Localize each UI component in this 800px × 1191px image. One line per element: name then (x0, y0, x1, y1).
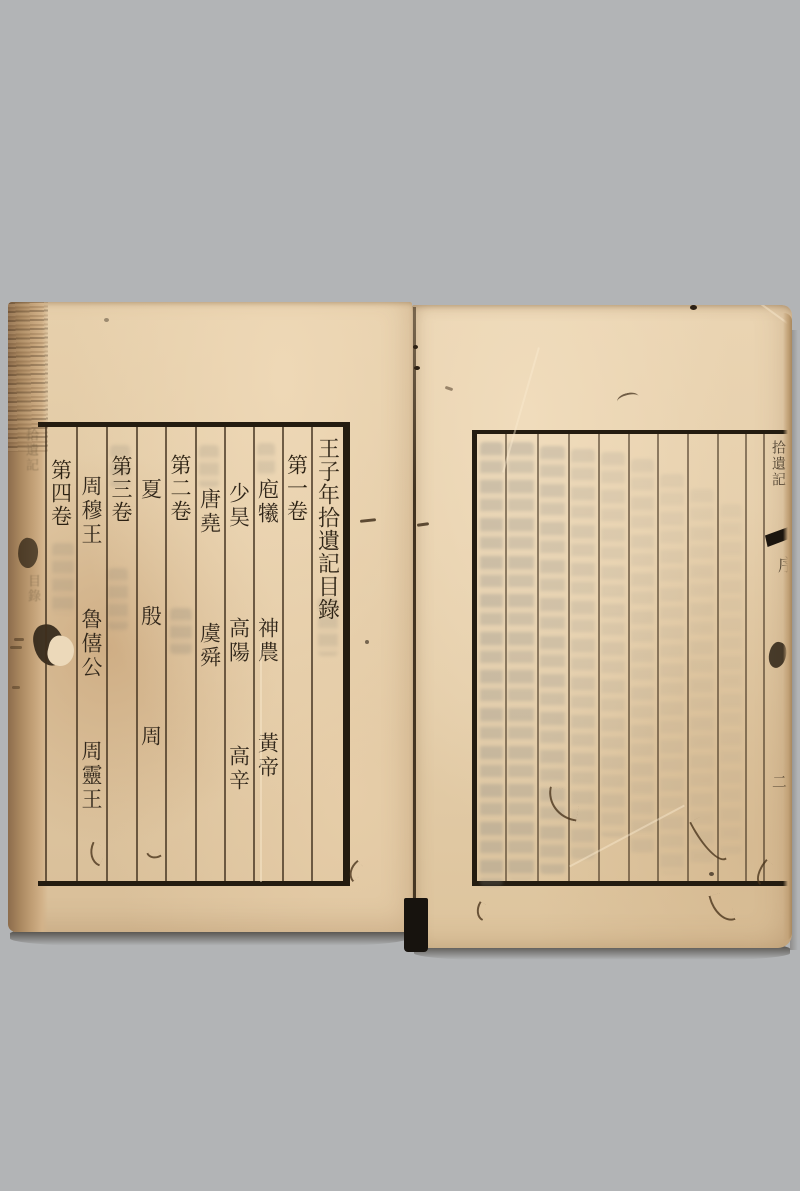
column-rule (628, 434, 630, 881)
column-rule (598, 434, 600, 881)
fore-edge (783, 313, 792, 941)
column-rule (745, 434, 747, 881)
toc-entry: 夏 (136, 478, 166, 502)
speck (365, 640, 369, 644)
toc-entry: 高陽 (224, 617, 254, 665)
fold-mark (360, 518, 376, 523)
showthrough-column (508, 442, 534, 880)
spine-shadow (404, 898, 428, 952)
toc-column-volume2: 第二卷 (165, 427, 195, 881)
speck (690, 305, 697, 310)
column-rule (505, 434, 507, 881)
speck (709, 872, 714, 876)
volume-label: 第四卷 (46, 459, 76, 528)
spine-mark (12, 686, 20, 689)
column-rule (717, 434, 719, 881)
gutter (413, 307, 416, 931)
toc-entry: 唐堯 (195, 488, 225, 536)
toc-column-volume1: 第一卷 (282, 427, 311, 881)
toc-column-volume3: 第三卷 (106, 427, 136, 881)
toc-entry: 少昊 (224, 482, 254, 530)
toc-entry: 神農 (253, 617, 283, 665)
worm-mark (472, 901, 490, 921)
column-rule (537, 434, 539, 881)
toc-column-entries: 唐堯 虞舜 (195, 427, 224, 881)
volume-label: 第三卷 (106, 455, 136, 524)
showthrough-column (690, 489, 714, 864)
toc-column-entries: 周穆王 魯僖公 周靈王 (76, 427, 106, 881)
column-rule (763, 434, 765, 881)
toc-column-title: 王子年拾遺記目錄 (311, 427, 343, 881)
toc-column-entries: 夏 殷 周 (136, 427, 165, 881)
right-page: 拾遺記 序 二 (412, 305, 792, 948)
toc-entry: 高辛 (224, 745, 254, 793)
toc-entry: 庖犧 (253, 478, 283, 526)
worm-mark (708, 891, 735, 925)
toc-entry: 黃帝 (253, 732, 283, 780)
spine-mark (10, 646, 22, 649)
showthrough-column (601, 452, 625, 837)
blank-frame: 拾遺記 序 二 (472, 430, 792, 886)
toc-column-volume4: 第四卷 (45, 427, 76, 881)
toc-entry: 周靈王 (76, 740, 106, 812)
scan-background: 拾遺記 目錄 王子年拾遺記目錄 (0, 0, 800, 1191)
volume-label: 第二卷 (165, 454, 195, 523)
speck (445, 386, 454, 391)
column-rule (687, 434, 689, 881)
fold-mark (417, 522, 429, 527)
showthrough-column (480, 442, 503, 886)
hair-mark (616, 391, 640, 408)
toc-entry: 周 (136, 725, 166, 749)
showthrough-column (631, 459, 654, 854)
left-page: 拾遺記 目錄 王子年拾遺記目錄 (8, 302, 412, 932)
crease (260, 642, 262, 882)
toc-entry: 周穆王 (76, 475, 106, 547)
column-rule (657, 434, 659, 881)
book-title: 王子年拾遺記目錄 (312, 437, 343, 621)
showthrough-column (720, 504, 742, 854)
toc-entry: 殷 (136, 605, 166, 629)
spine-mark (14, 638, 24, 641)
toc-entry: 魯僖公 (76, 608, 106, 680)
toc-entry: 虞舜 (195, 622, 225, 670)
toc-frame: 王子年拾遺記目錄 第一卷 庖犧 神農 黃帝 少昊 高陽 高辛 唐堯 虞舜 第二卷 (38, 422, 350, 886)
toc-column-entries: 少昊 高陽 高辛 (224, 427, 253, 881)
toc-column-entries: 庖犧 神農 黃帝 (253, 427, 282, 881)
volume-label: 第一卷 (282, 454, 312, 523)
speck (104, 318, 109, 322)
